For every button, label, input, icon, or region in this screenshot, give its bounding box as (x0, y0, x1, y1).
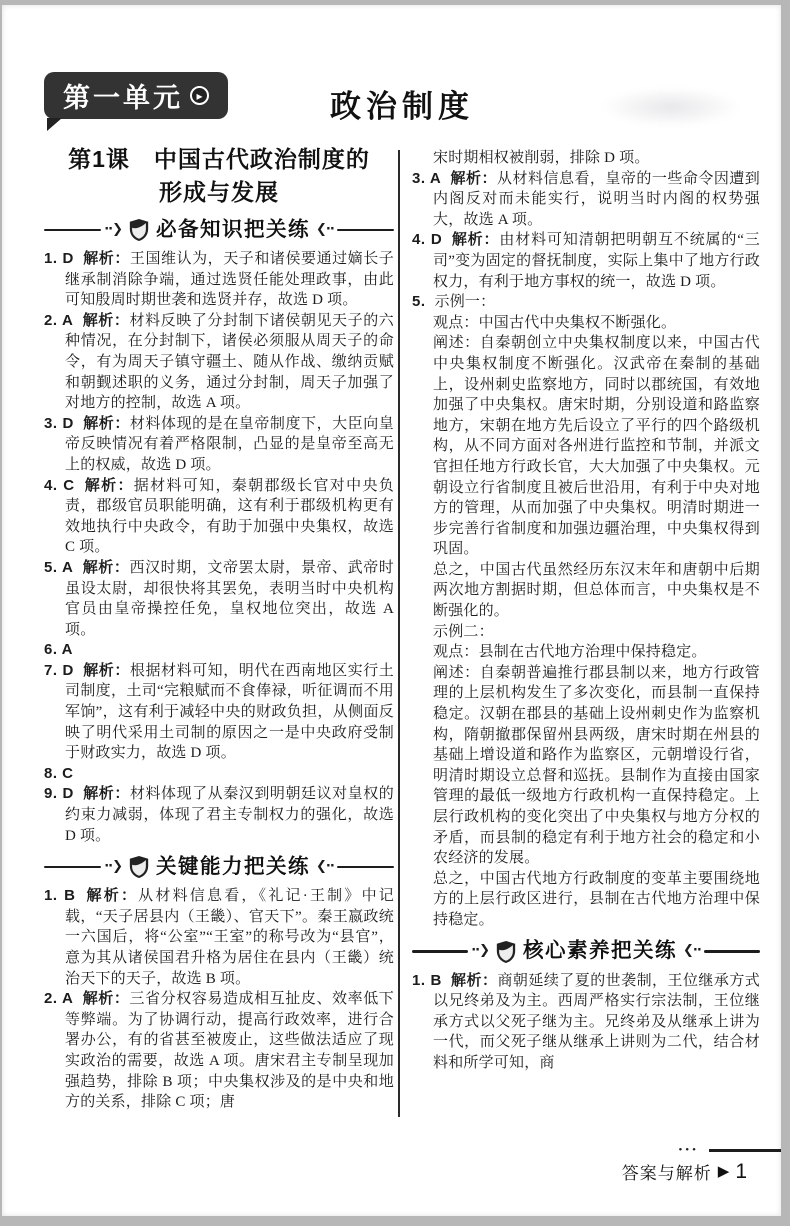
right-column: 宋时期相权被削弱，排除 D 项。 3. A解析：从材料信息看，皇帝的一些命令因遭… (412, 148, 760, 1074)
essay-paragraph: 总之，中国古代地方行政制度的变革主要围绕地方的上层行政区进行，县制在古代地方治理… (412, 869, 760, 931)
section-title: 核心素养把关练 (523, 941, 677, 962)
answer-item: 1. B解析：商朝延续了夏的世袭制，王位继承方式以兄终弟及为主。西周严格实行宗法… (412, 971, 760, 1074)
left-column: 第1课 中国古代政治制度的 形成与发展 ··❯ 必备知识把关练 ❮·· 1. D… (44, 143, 394, 1113)
triangle-right-icon: ▶ (718, 1162, 730, 1181)
answer-number: 1. B (412, 972, 442, 989)
lesson-title: 第1课 中国古代政治制度的 形成与发展 (44, 143, 394, 209)
scanned-page: 第一单元 ▸ 政治制度 第1课 中国古代政治制度的 形成与发展 ··❯ 必备知识… (2, 5, 781, 1216)
arrow-right-icon: ··❯ (104, 220, 122, 241)
analysis-label: 解析： (451, 231, 499, 248)
lesson-title-line2: 形成与发展 (44, 176, 394, 209)
section-header-ability: ··❯ 关键能力把关练 ❮·· (44, 855, 394, 879)
answer-item: 4. C解析：据材料可知，秦朝郡级长官对中央负责，郡级官员职能明确，这有利于郡级… (44, 476, 394, 558)
rule-line (412, 950, 468, 953)
arrow-left-icon: ❮·· (683, 941, 701, 962)
answer-number: 6. A (44, 641, 73, 658)
answer-number: 5. (412, 293, 426, 310)
page-number: 1 (735, 1160, 747, 1184)
answer-item: 9. D解析：材料体现了从秦汉到明朝廷议对皇权的约束力减弱，体现了君主专制权力的… (44, 784, 394, 846)
essay-paragraph: 总之，中国古代虽然经历东汉末年和唐朝中后期两次地方割据时期，但总体而言，中央集权… (412, 560, 760, 622)
unit-badge-label: 第一单元 (63, 76, 183, 115)
answer-number: 8. C (44, 765, 74, 782)
answer-number: 5. A (44, 559, 73, 576)
analysis-label: 解析： (82, 559, 129, 576)
answer-number: 9. D (44, 785, 74, 802)
analysis-label: 解析： (82, 990, 129, 1007)
lesson-title-line1: 第1课 中国古代政治制度的 (44, 143, 394, 176)
answer-number: 1. D (44, 250, 74, 267)
answer-number: 2. A (44, 312, 73, 329)
answer-item: 2. A解析：材料反映了分封制下诸侯朝见天子的六种情况，在分封制下，诸侯必须服从… (44, 311, 394, 414)
answer-text: 示例一： (435, 294, 496, 310)
essay-paragraph: 示例二： (412, 622, 760, 643)
answer-text: 三省分权容易造成相互扯皮、效率低下等弊端。为了协调行动，提高行政效率，进行合署办… (65, 991, 394, 1110)
answer-item: 3. D解析：材料体现的是在皇帝制度下，大臣向皇帝反映情况有着严格限制，凸显的是… (44, 414, 394, 476)
footer-label: 答案与解析 (622, 1159, 712, 1184)
arrow-right-icon: ··❯ (104, 857, 122, 878)
answer-item: 5.示例一： (412, 292, 760, 313)
rule-line (44, 866, 101, 869)
arrow-right-icon: ··❯ (471, 941, 489, 962)
unit-badge: 第一单元 ▸ (44, 72, 228, 119)
answer-item: 1. D解析：王国维认为，天子和诸侯要通过嫡长子继承制消除争端，通过选贤任能处理… (44, 249, 394, 311)
column-divider (398, 150, 400, 1117)
analysis-label: 解析： (83, 785, 130, 802)
answer-number: 3. A (412, 170, 441, 187)
answer-item: 3. A解析：从材料信息看，皇帝的一些命令因遭到内阁反对而未能实行，说明当时内阁… (412, 169, 760, 231)
dots-icon: ••• (678, 1145, 699, 1156)
analysis-label: 解析： (83, 250, 130, 267)
answer-number: 3. D (44, 415, 74, 432)
answer-item: 5. A解析：西汉时期，文帝罢太尉，景帝、武帝时虽设太尉，却很快将其罢免，表明当… (44, 558, 394, 640)
essay-paragraph: 阐述：自秦朝创立中央集权制度以来，中国古代中央集权制度不断强化。汉武帝在秦制的基… (412, 333, 760, 560)
answer-item: 7. D解析：根据材料可知，明代在西南地区实行土司制度，土司“完粮赋而不食俸禄，… (44, 661, 394, 764)
answer-item: 8. C (44, 764, 394, 785)
answer-number: 2. A (44, 990, 73, 1007)
essay-paragraph: 观点：县制在古代地方治理中保持稳定。 (412, 642, 760, 663)
section-title: 必备知识把关练 (156, 220, 310, 241)
arrow-left-icon: ❮·· (316, 857, 334, 878)
shield-icon (128, 218, 150, 242)
essay-paragraph: 阐述：自秦朝普遍推行郡县制以来，地方行政管理的上层机构发生了多次变化，而县制一直… (412, 663, 760, 869)
section-title: 关键能力把关练 (156, 857, 310, 878)
analysis-label: 解析： (83, 415, 130, 432)
answer-number: 4. C (44, 477, 75, 494)
section-header-literacy: ··❯ 核心素养把关练 ❮·· (412, 940, 760, 964)
analysis-label: 解析： (82, 312, 129, 329)
analysis-label: 解析： (451, 972, 498, 989)
play-icon: ▸ (190, 86, 209, 105)
scan-smudge (601, 87, 741, 127)
rule-line (704, 950, 760, 953)
rule-line (337, 866, 394, 869)
answer-continuation: 宋时期相权被削弱，排除 D 项。 (412, 148, 760, 169)
page-footer: ••• 答案与解析 ▶ 1 (541, 1145, 781, 1184)
rule-line (44, 229, 101, 232)
answer-item: 4. D解析：由材料可知清朝把明朝互不统属的“三司”变为固定的督抚制度，实际上集… (412, 230, 760, 292)
answer-item: 2. A解析：三省分权容易造成相互扯皮、效率低下等弊端。为了协调行动，提高行政效… (44, 989, 394, 1113)
section-header-knowledge: ··❯ 必备知识把关练 ❮·· (44, 218, 394, 242)
answer-item: 1. B解析：从材料信息看，《礼记·王制》中记载，“天子居县内（王畿）、官天下”… (44, 886, 394, 989)
answer-item: 6. A (44, 640, 394, 661)
footer-rule (709, 1149, 781, 1152)
arrow-left-icon: ❮·· (316, 220, 334, 241)
analysis-label: 解析： (84, 477, 134, 494)
answer-number: 7. D (44, 662, 74, 679)
footer-page-marker: 答案与解析 ▶ 1 (541, 1159, 781, 1184)
shield-icon (128, 855, 150, 879)
essay-paragraph: 观点：中国古代中央集权不断强化。 (412, 313, 760, 334)
shield-icon (495, 940, 517, 964)
answer-number: 4. D (412, 231, 442, 248)
answer-number: 1. B (44, 887, 76, 904)
rule-line (337, 229, 394, 232)
footer-decoration: ••• (541, 1145, 781, 1155)
analysis-label: 解析： (83, 662, 130, 679)
analysis-label: 解析： (450, 170, 497, 187)
analysis-label: 解析： (85, 887, 139, 904)
page-title: 政治制度 (252, 81, 552, 126)
